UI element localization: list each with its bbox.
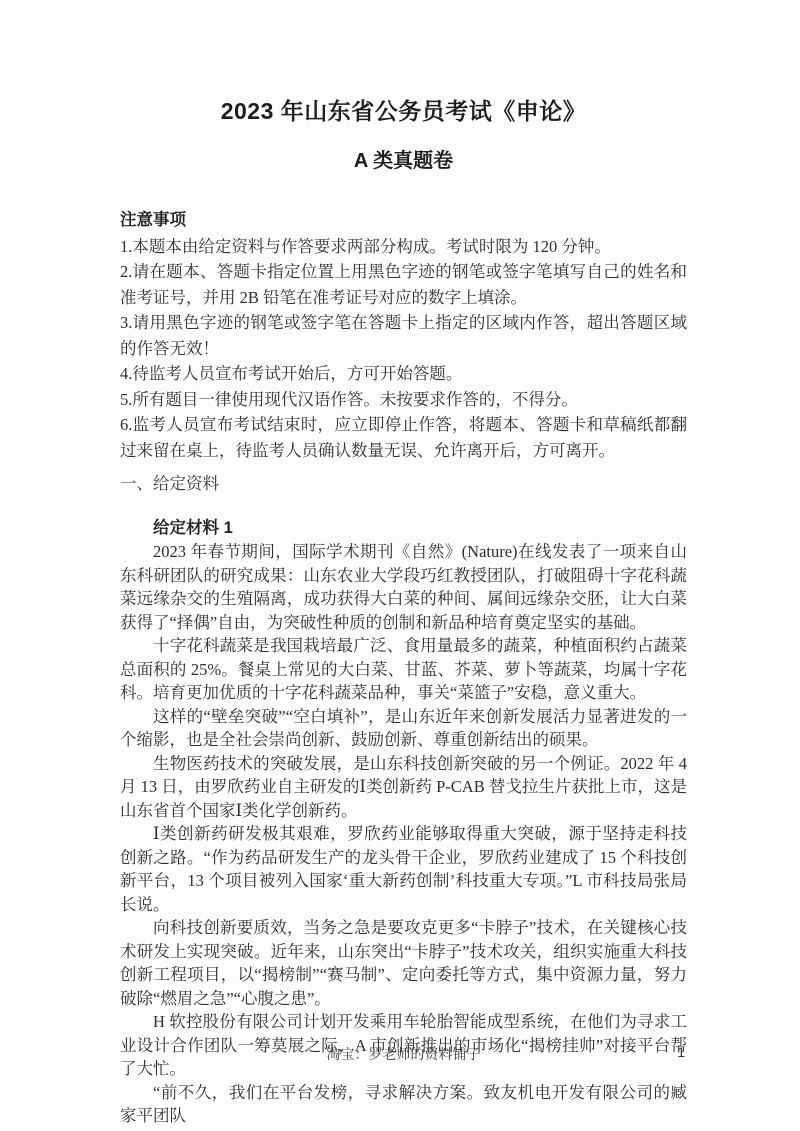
notice-item-6: 6.监考人员宣布考试结束时，应立即停止作答，将题本、答题卡和草稿纸都翻过来留在桌… <box>120 412 687 463</box>
material-paragraph-6: 向科技创新要质效，当务之急是要攻克更多“卡脖子”技术，在关键核心技术研发上实现突… <box>120 916 687 1010</box>
section-heading-given-materials: 一、给定资料 <box>120 471 687 497</box>
material-paragraph-3: 这样的“壁垒突破”“空白填补”，是山东近年来创新发展活力显著进发的一个缩影，也是… <box>120 705 687 752</box>
page-title: 2023 年山东省公务员考试《申论》 <box>120 96 687 126</box>
material-paragraph-4: 生物医药技术的突破发展，是山东科技创新突破的另一个例证。2022 年 4 月 1… <box>120 752 687 823</box>
notice-section: 注意事项 1.本题本由给定资料与作答要求两部分构成。考试时限为 120 分钟。 … <box>120 208 687 463</box>
material-paragraph-8: “前不久，我们在平台发榜，寻求解决方案。致友机电开发有限公司的臧家平团队 <box>120 1081 687 1128</box>
material-1-section: 给定材料 1 2023 年春节期间，国际学术期刊《自然》(Nature)在线发表… <box>120 517 687 1128</box>
exam-paper-page: 2023 年山东省公务员考试《申论》 A 类真题卷 注意事项 1.本题本由给定资… <box>0 0 800 1131</box>
material-paragraph-2: 十字花科蔬菜是我国栽培最广泛、食用量最多的蔬菜，种植面积约占蔬菜总面积的 25%… <box>120 634 687 705</box>
page-number: 1 <box>677 1044 685 1060</box>
material-paragraph-5: Ⅰ类创新药研发极其艰难，罗欣药业能够取得重大突破，源于坚持走科技创新之路。“作为… <box>120 822 687 916</box>
notice-item-1: 1.本题本由给定资料与作答要求两部分构成。考试时限为 120 分钟。 <box>120 234 687 260</box>
material-paragraph-1: 2023 年春节期间，国际学术期刊《自然》(Nature)在线发表了一项来自山东… <box>120 540 687 634</box>
notice-item-4: 4.待监考人员宣布考试开始后，方可开始答题。 <box>120 361 687 387</box>
notice-item-2: 2.请在题本、答题卡指定位置上用黑色字迹的钢笔或签字笔填写自己的姓名和准考证号，… <box>120 259 687 310</box>
page-footer: 淘宝：罗老师的资料铺子 1 <box>120 1044 687 1064</box>
notice-item-3: 3.请用黑色字迹的钢笔或签字笔在答题卡上指定的区域内作答，超出答题区域的作答无效… <box>120 310 687 361</box>
notice-item-5: 5.所有题目一律使用现代汉语作答。未按要求作答的，不得分。 <box>120 387 687 413</box>
page-subtitle: A 类真题卷 <box>120 148 687 174</box>
material-1-heading: 给定材料 1 <box>120 517 687 541</box>
footer-note: 淘宝：罗老师的资料铺子 <box>327 1044 481 1064</box>
notice-heading: 注意事项 <box>120 208 687 234</box>
